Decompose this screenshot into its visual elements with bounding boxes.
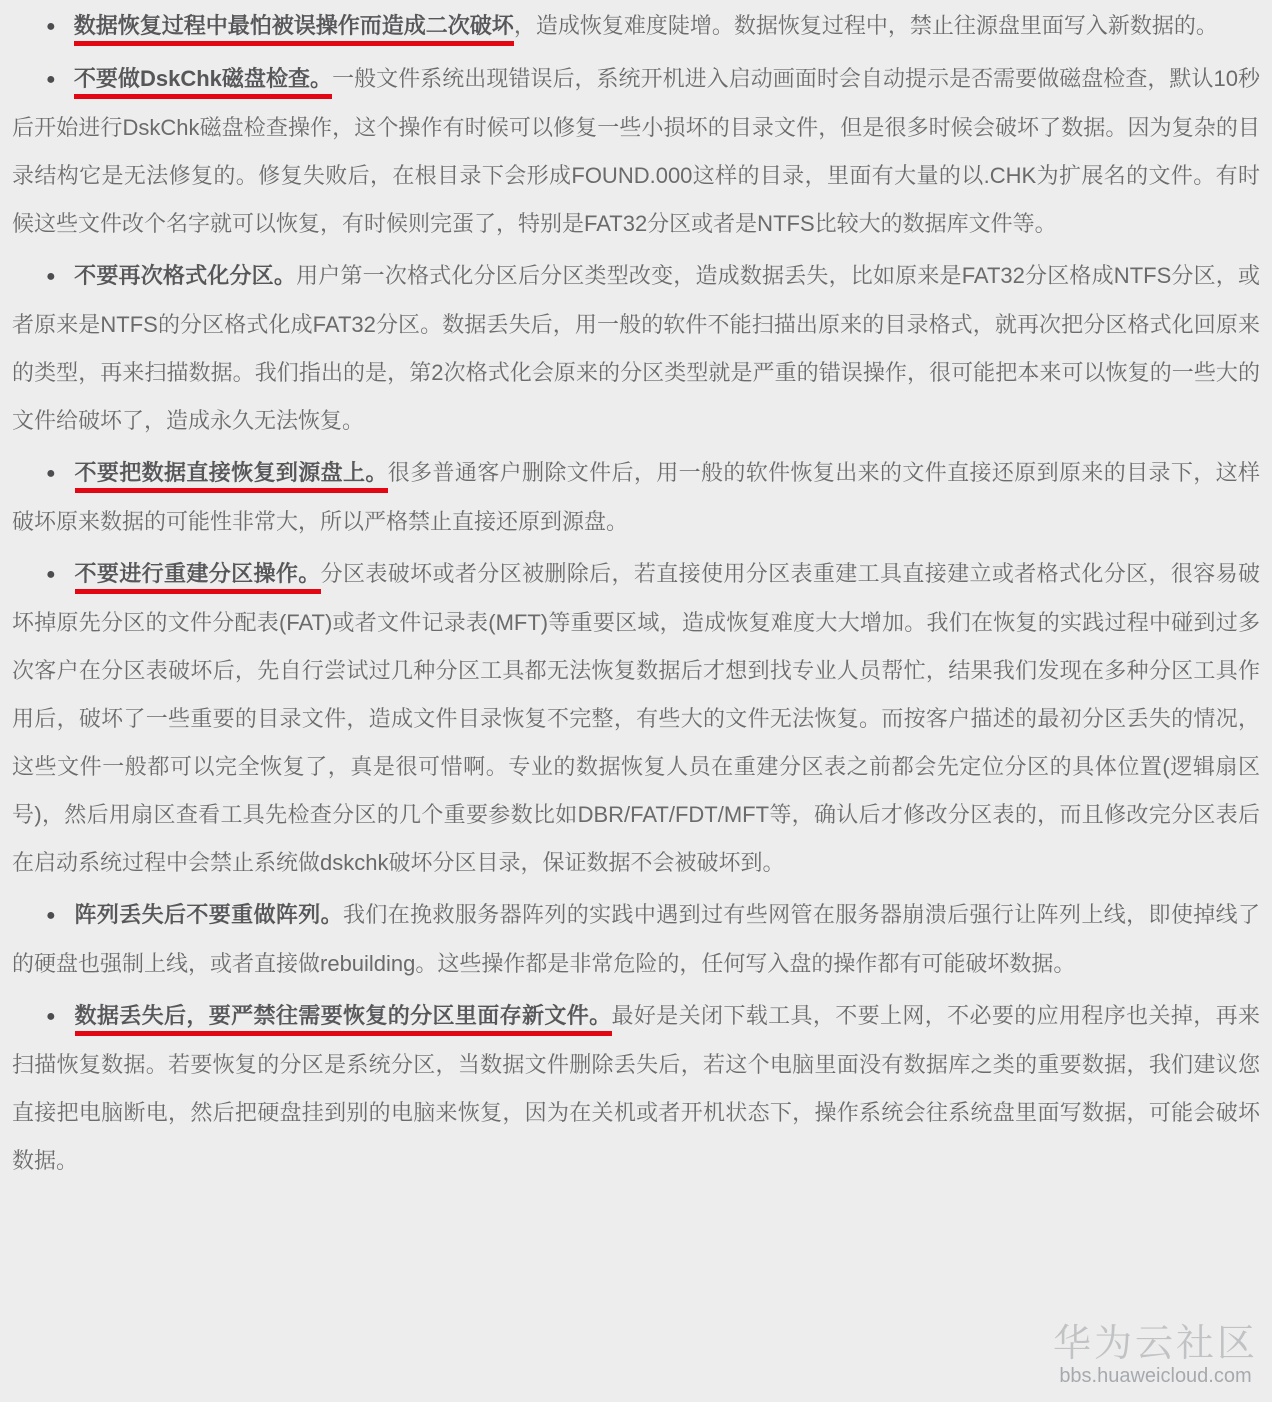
paragraph-3: ● 不要再次格式化分区。用户第一次格式化分区后分区类型改变，造成数据丢失，比如原… xyxy=(12,252,1260,445)
article-body: ● 数据恢复过程中最怕被误操作而造成二次破坏，造成恢复难度陡增。数据恢复过程中，… xyxy=(12,2,1260,1185)
paragraph-2: ● 不要做DskChk磁盘检查。一般文件系统出现错误后，系统开机进入启动画面时会… xyxy=(12,55,1260,248)
paragraph-3-text: 用户第一次格式化分区后分区类型改变，造成数据丢失，比如原来是FAT32分区格成N… xyxy=(12,263,1260,433)
watermark-domain: bbs.huaweicloud.com xyxy=(1053,1364,1258,1388)
bullet-icon: ● xyxy=(46,1008,56,1025)
watermark: 华为云社区 bbs.huaweicloud.com xyxy=(1053,1324,1258,1388)
paragraph-5: ● 不要进行重建分区操作。分区表破坏或者分区被删除后，若直接使用分区表重建工具直… xyxy=(12,550,1260,887)
bullet-icon: ● xyxy=(46,566,56,583)
paragraph-7-lead: 数据丢失后，要严禁往需要恢复的分区里面存新文件。 xyxy=(75,1003,612,1036)
paragraph-1-lead: 数据恢复过程中最怕被误操作而造成二次破坏 xyxy=(74,13,514,46)
bullet-icon: ● xyxy=(46,71,56,88)
article-page: ● 数据恢复过程中最怕被误操作而造成二次破坏，造成恢复难度陡增。数据恢复过程中，… xyxy=(0,0,1272,1402)
paragraph-6-lead: 阵列丢失后不要重做阵列。 xyxy=(75,902,343,927)
bullet-icon: ● xyxy=(46,465,56,482)
paragraph-7: ● 数据丢失后，要严禁往需要恢复的分区里面存新文件。最好是关闭下载工具，不要上网… xyxy=(12,992,1260,1185)
bullet-icon: ● xyxy=(46,268,56,285)
paragraph-5-text: 分区表破坏或者分区被删除后，若直接使用分区表重建工具直接建立或者格式化分区，很容… xyxy=(12,561,1260,875)
paragraph-1-text: ，造成恢复难度陡增。数据恢复过程中，禁止往源盘里面写入新数据的。 xyxy=(514,13,1218,38)
paragraph-2-lead: 不要做DskChk磁盘检查。 xyxy=(74,66,332,99)
paragraph-4-lead: 不要把数据直接恢复到源盘上。 xyxy=(75,460,388,493)
paragraph-3-lead: 不要再次格式化分区。 xyxy=(74,263,296,288)
bullet-icon: ● xyxy=(46,18,56,35)
paragraph-4: ● 不要把数据直接恢复到源盘上。很多普通客户删除文件后，用一般的软件恢复出来的文… xyxy=(12,449,1260,546)
paragraph-1: ● 数据恢复过程中最怕被误操作而造成二次破坏，造成恢复难度陡增。数据恢复过程中，… xyxy=(12,2,1260,51)
paragraph-6: ● 阵列丢失后不要重做阵列。我们在挽救服务器阵列的实践中遇到过有些网管在服务器崩… xyxy=(12,891,1260,988)
watermark-title: 华为云社区 xyxy=(1053,1324,1258,1364)
bullet-icon: ● xyxy=(46,907,56,924)
paragraph-5-lead: 不要进行重建分区操作。 xyxy=(75,561,321,594)
